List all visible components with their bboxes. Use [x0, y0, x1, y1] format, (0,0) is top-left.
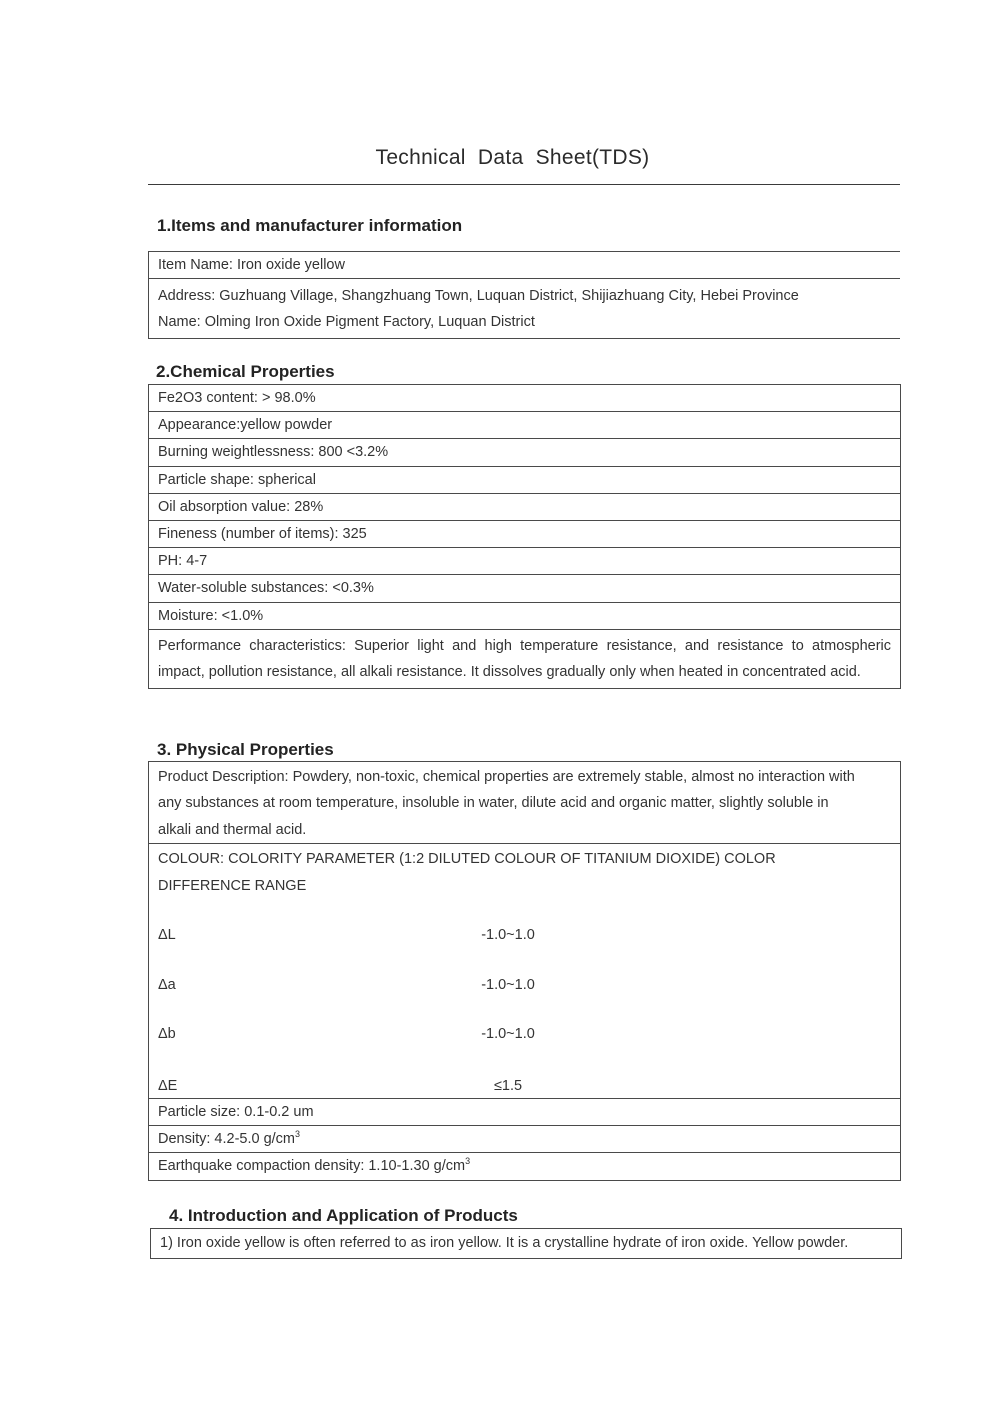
delta-l-range: -1.0~1.0	[448, 927, 568, 943]
colour-block: COLOUR: COLORITY PARAMETER (1:2 DILUTED …	[149, 844, 900, 1099]
delta-b-range: -1.0~1.0	[448, 1026, 568, 1042]
chem-row-moisture: Moisture: <1.0%	[149, 603, 900, 630]
delta-e-symbol: ΔE	[158, 1078, 448, 1094]
compaction-density: Earthquake compaction density: 1.10-1.30…	[158, 1158, 470, 1174]
application-item: 1) Iron oxide yellow is often referred t…	[151, 1229, 901, 1258]
chem-row-fineness: Fineness (number of items): 325	[149, 521, 900, 548]
title-divider	[148, 184, 900, 185]
chemical-properties-table: Fe2O3 content: > 98.0% Appearance:yellow…	[148, 384, 901, 689]
manufacturer-name: Name: Olming Iron Oxide Pigment Factory,…	[158, 309, 891, 335]
appearance: Appearance:yellow powder	[158, 417, 332, 433]
burning-weightlessness: Burning weightlessness: 800 <3.2%	[158, 444, 388, 460]
section2-heading: 2.Chemical Properties	[156, 362, 335, 382]
product-description: Product Description: Powdery, non-toxic,…	[149, 762, 900, 844]
manufacturer-info-table: Item Name: Iron oxide yellow Address: Gu…	[148, 251, 900, 339]
density: Density: 4.2-5.0 g/cm3	[158, 1131, 300, 1147]
colour-param-row: Δb -1.0~1.0	[158, 999, 891, 1049]
chem-row-appearance: Appearance:yellow powder	[149, 412, 900, 439]
physical-properties-table: Product Description: Powdery, non-toxic,…	[148, 761, 901, 1181]
colour-param-row: Δa -1.0~1.0	[158, 949, 891, 999]
density-label: Density: 4.2-5.0 g/cm	[158, 1131, 295, 1147]
fe2o3-content: Fe2O3 content: > 98.0%	[158, 390, 316, 406]
density-unit-exponent: 3	[295, 1129, 300, 1139]
section4-heading: 4. Introduction and Application of Produ…	[169, 1206, 518, 1226]
particle-size: Particle size: 0.1-0.2 um	[158, 1104, 314, 1120]
delta-e-range: ≤1.5	[448, 1078, 568, 1094]
colour-param-row: ΔE ≤1.5	[158, 1048, 891, 1098]
compaction-label: Earthquake compaction density: 1.10-1.30…	[158, 1158, 465, 1174]
colour-heading: COLOUR: COLORITY PARAMETER (1:2 DILUTED …	[158, 846, 891, 900]
address-block: Address: Guzhuang Village, Shangzhuang T…	[149, 279, 900, 338]
chem-row-ph: PH: 4-7	[149, 548, 900, 575]
particle-shape: Particle shape: spherical	[158, 472, 316, 488]
moisture: Moisture: <1.0%	[158, 608, 263, 624]
performance-characteristics: Performance characteristics: Superior li…	[149, 630, 900, 688]
chem-row-fe2o3: Fe2O3 content: > 98.0%	[149, 385, 900, 412]
water-soluble: Water-soluble substances: <0.3%	[158, 580, 374, 596]
item-name: Item Name: Iron oxide yellow	[158, 257, 345, 273]
delta-a-symbol: Δa	[158, 977, 448, 993]
document-title: Technical Data Sheet(TDS)	[0, 146, 1000, 170]
compaction-density-row: Earthquake compaction density: 1.10-1.30…	[149, 1153, 900, 1180]
oil-absorption: Oil absorption value: 28%	[158, 499, 323, 515]
ph-value: PH: 4-7	[158, 553, 207, 569]
item-name-row: Item Name: Iron oxide yellow	[149, 252, 900, 279]
compaction-unit-exponent: 3	[465, 1157, 470, 1167]
chem-row-water-soluble: Water-soluble substances: <0.3%	[149, 575, 900, 602]
delta-l-symbol: ΔL	[158, 927, 448, 943]
chem-row-particle-shape: Particle shape: spherical	[149, 467, 900, 494]
colour-param-row: ΔL -1.0~1.0	[158, 900, 891, 950]
chem-row-burning: Burning weightlessness: 800 <3.2%	[149, 439, 900, 466]
section3-heading: 3. Physical Properties	[157, 740, 334, 760]
address: Address: Guzhuang Village, Shangzhuang T…	[158, 283, 891, 309]
chem-row-oil: Oil absorption value: 28%	[149, 494, 900, 521]
particle-size-row: Particle size: 0.1-0.2 um	[149, 1099, 900, 1126]
density-row: Density: 4.2-5.0 g/cm3	[149, 1126, 900, 1153]
delta-a-range: -1.0~1.0	[448, 977, 568, 993]
fineness: Fineness (number of items): 325	[158, 526, 367, 542]
application-table: 1) Iron oxide yellow is often referred t…	[150, 1228, 902, 1259]
delta-b-symbol: Δb	[158, 1026, 448, 1042]
section1-heading: 1.Items and manufacturer information	[157, 216, 462, 236]
